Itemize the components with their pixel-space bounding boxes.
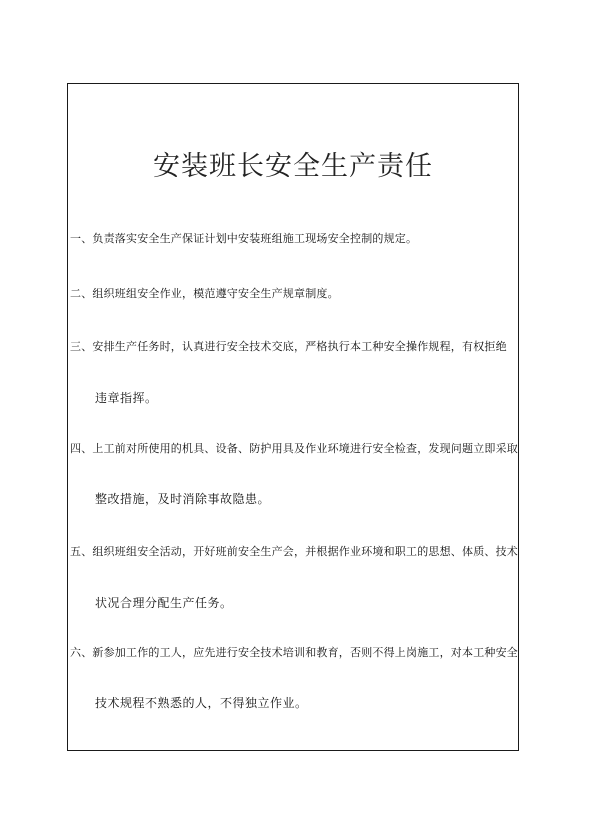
document-frame: 安装班长安全生产责任 一、负责落实安全生产保证计划中安装班组施工现场安全控制的规… xyxy=(67,83,519,751)
clause-4-line-2: 整改措施，及时消除事故隐患。 xyxy=(95,490,270,507)
clause-5-line-1: 五、组织班组安全活动，开好班前安全生产会，并根据作业环境和职工的思想、体质、技术 xyxy=(70,543,518,559)
clause-6-line-2: 技术规程不熟悉的人，不得独立作业。 xyxy=(95,694,308,711)
clause-2-line-1: 二、组织班组安全作业，模范遵守安全生产规章制度。 xyxy=(70,285,339,301)
clause-5-line-2: 状况合理分配生产任务。 xyxy=(95,594,233,611)
clause-3-line-2: 违章指挥。 xyxy=(95,389,158,406)
document-title: 安装班长安全生产责任 xyxy=(68,144,518,183)
clause-1-line-1: 一、负责落实安全生产保证计划中安装班组施工现场安全控制的规定。 xyxy=(70,230,417,246)
clause-6-line-1: 六、新参加工作的工人，应先进行安全技术培训和教育，否则不得上岗施工，对本工种安全 xyxy=(70,644,518,660)
clause-3-line-1: 三、安排生产任务时，认真进行安全技术交底，严格执行本工种安全操作规程，有权拒绝 xyxy=(70,338,507,354)
clause-4-line-1: 四、上工前对所使用的机具、设备、防护用具及作业环境进行安全检查，发现问题立即采取 xyxy=(70,440,518,456)
